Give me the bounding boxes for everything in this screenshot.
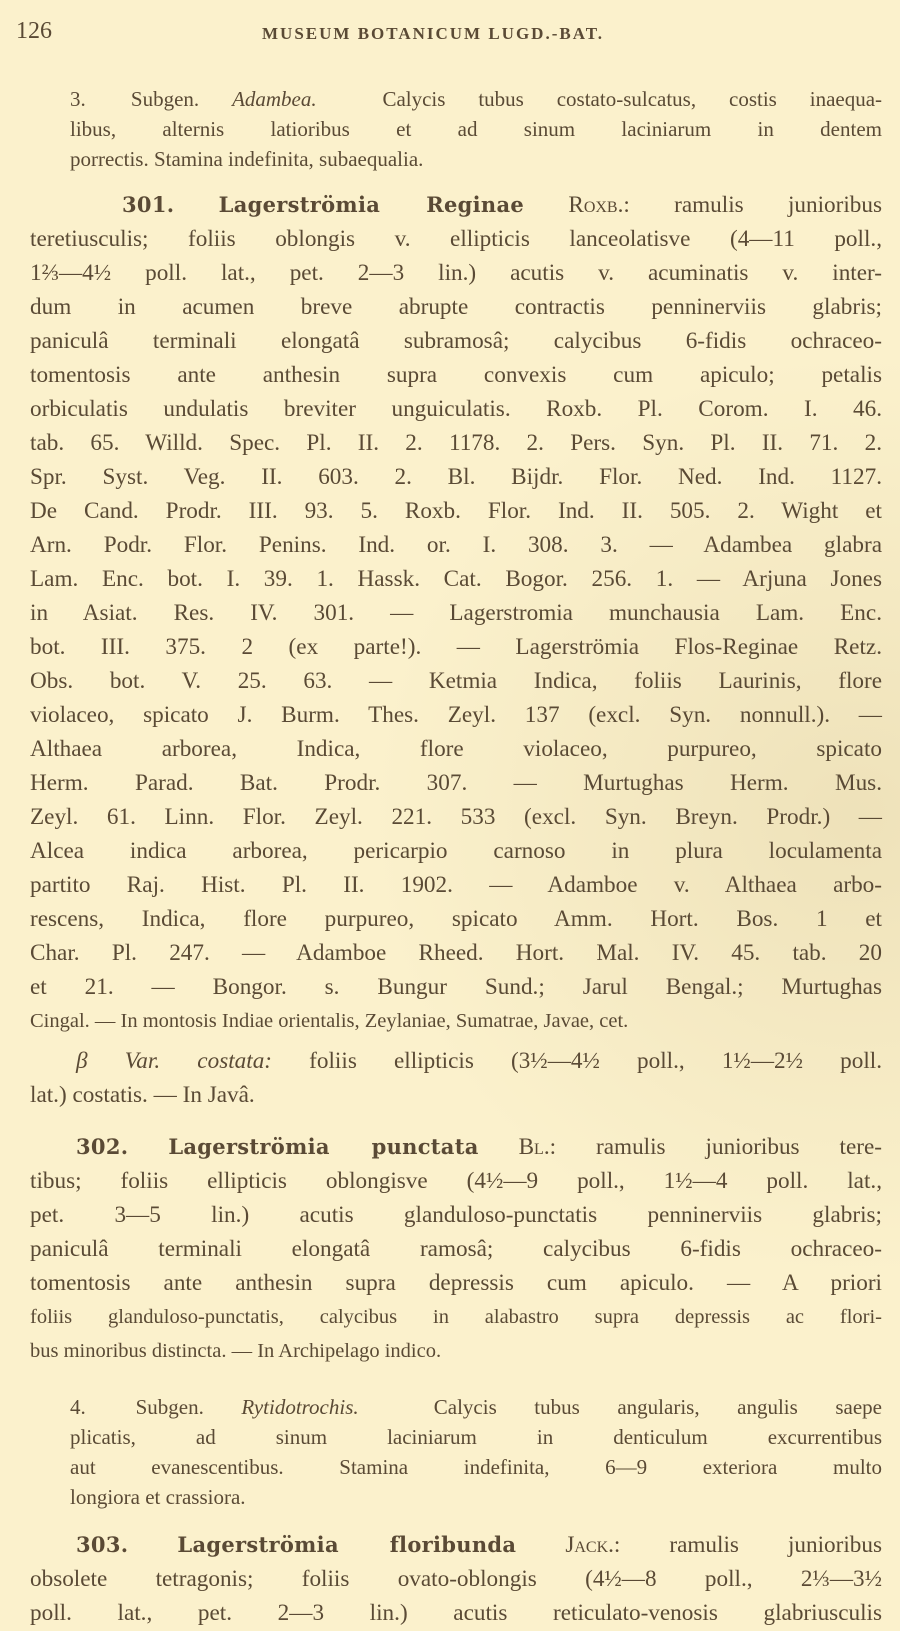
text-line: libus, alternis latioribus et ad sinum l… <box>174 114 882 144</box>
text-line: tab. 65. Willd. Spec. Pl. II. 2. 1178. 2… <box>30 426 882 460</box>
text-line: poll. lat., pet. 2—3 lin.) acutis reticu… <box>30 1596 882 1630</box>
subgenus-number: 4. <box>70 1392 98 1422</box>
text-line: paniculâ terminali elongatâ ramosâ; caly… <box>30 1232 882 1266</box>
text-line: Arn. Podr. Flor. Penins. Ind. or. I. 308… <box>30 528 882 562</box>
text-line: Althaea arborea, Indica, flore violaceo,… <box>30 732 882 766</box>
text-line: : ramulis junioribus tere- <box>550 1134 882 1160</box>
subgenus-3-paragraph: 3. Subgen. Adambea. Calycis tubus costat… <box>70 84 882 174</box>
text-line: teretiusculis; foliis oblongis v. ellipt… <box>30 222 882 256</box>
text-line: violaceo, spicato J. Burm. Thes. Zeyl. 1… <box>30 698 882 732</box>
text-line: rescens, Indica, flore purpureo, spicato… <box>30 902 882 936</box>
running-title: MUSEUM BOTANICUM LUGD.-BAT. <box>262 24 604 44</box>
text-line: bus minoribus distincta. — In Archipelag… <box>30 1334 882 1368</box>
text-line: foliis glanduloso-punctatis, calycibus i… <box>30 1300 882 1334</box>
text-line: orbiculatis undulatis breviter unguicula… <box>30 392 882 426</box>
species-author: Roxb. <box>568 192 623 218</box>
text-line: foliis ellipticis (3½—4½ poll., 1½—2½ po… <box>309 1048 882 1074</box>
species-name: Lagerströmia floribunda <box>177 1532 516 1557</box>
subgenus-label: Subgen. <box>131 87 199 111</box>
text-line: Herm. Parad. Bat. Prodr. 307. — Murtugha… <box>30 766 882 800</box>
text-line: partito Raj. Hist. Pl. II. 1902. — Adamb… <box>30 868 882 902</box>
species-author: Bl. <box>519 1134 550 1160</box>
variety-beta-entry: β Var. costata: foliis ellipticis (3½—4½… <box>30 1044 882 1112</box>
text-line: tibus; foliis ellipticis oblongisve (4½—… <box>30 1164 882 1198</box>
species-name: Lagerströmia punctata <box>168 1134 478 1159</box>
subgenus-label: Subgen. <box>136 1395 204 1419</box>
text-line: Lam. Enc. bot. I. 39. 1. Hassk. Cat. Bog… <box>30 562 882 596</box>
text-line: : ramulis junioribus <box>623 192 882 218</box>
text-line: Calycis tubus costato-sulcatus, costis i… <box>382 87 882 111</box>
page-number: 126 <box>16 18 52 45</box>
species-number: 303. <box>76 1532 128 1557</box>
species-author: Jack. <box>565 1532 614 1558</box>
subgenus-name: Adambea. <box>232 87 317 111</box>
subgenus-4-paragraph: 4. Subgen. Rytidotrochis. Calycis tubus … <box>70 1392 882 1512</box>
text-line: : ramulis junioribus <box>614 1532 882 1558</box>
book-page: 126 MUSEUM BOTANICUM LUGD.-BAT. 3. Subge… <box>0 0 900 1631</box>
subgenus-name: Rytidotrochis. <box>241 1395 358 1419</box>
subgenus-number: 3. <box>70 84 98 114</box>
text-line: et 21. — Bongor. s. Bungur Sund.; Jarul … <box>30 970 882 1004</box>
text-line: tomentosis ante anthesin supra convexis … <box>30 358 882 392</box>
variety-symbol: β <box>76 1048 88 1074</box>
variety-name: Var. costata: <box>125 1048 272 1074</box>
text-line: obsolete tetragonis; foliis ovato-oblong… <box>30 1562 882 1596</box>
species-name: Lagerströmia Reginae <box>219 192 524 217</box>
text-line: 1⅔—4½ poll. lat., pet. 2—3 lin.) acutis … <box>30 256 882 290</box>
species-number: 302. <box>76 1134 128 1159</box>
text-line: Zeyl. 61. Linn. Flor. Zeyl. 221. 533 (ex… <box>30 800 882 834</box>
text-line: porrectis. Stamina indefinita, subaequal… <box>174 144 882 174</box>
text-line: Calycis tubus angularis, angulis saepe <box>434 1395 882 1419</box>
text-line: pet. 3—5 lin.) acutis glanduloso-punctat… <box>30 1198 882 1232</box>
text-line: in Asiat. Res. IV. 301. — Lagerstromia m… <box>30 596 882 630</box>
species-303-entry: 303. Lagerströmia floribunda Jack.: ramu… <box>30 1528 882 1630</box>
text-line: Alcea indica arborea, pericarpio carnoso… <box>30 834 882 868</box>
text-line: De Cand. Prodr. III. 93. 5. Roxb. Flor. … <box>30 494 882 528</box>
text-line: tomentosis ante anthesin supra depressis… <box>30 1266 882 1300</box>
text-line: paniculâ terminali elongatâ subramosâ; c… <box>30 324 882 358</box>
text-line: lat.) costatis. — In Javâ. <box>30 1078 882 1112</box>
text-line: Obs. bot. V. 25. 63. — Ketmia Indica, fo… <box>30 664 882 698</box>
species-302-entry: 302. Lagerströmia punctata Bl.: ramulis … <box>30 1130 882 1368</box>
text-line: Cingal. — In montosis Indiae orientalis,… <box>30 1004 882 1038</box>
running-head: 126 MUSEUM BOTANICUM LUGD.-BAT. <box>16 18 880 48</box>
text-line: Char. Pl. 247. — Adamboe Rheed. Hort. Ma… <box>30 936 882 970</box>
text-line: bot. III. 375. 2 (ex parte!). — Lagerstr… <box>30 630 882 664</box>
species-number: 301. <box>122 192 174 217</box>
text-line: plicatis, ad sinum laciniarum in denticu… <box>174 1422 882 1452</box>
text-line: aut evanescentibus. Stamina indefinita, … <box>174 1452 882 1482</box>
text-line: longiora et crassiora. <box>174 1482 882 1512</box>
species-301-entry: 301. Lagerströmia Reginae Roxb.: ramulis… <box>30 188 882 1038</box>
text-line: dum in acumen breve abrupte contractis p… <box>30 290 882 324</box>
text-line: Spr. Syst. Veg. II. 603. 2. Bl. Bijdr. F… <box>30 460 882 494</box>
